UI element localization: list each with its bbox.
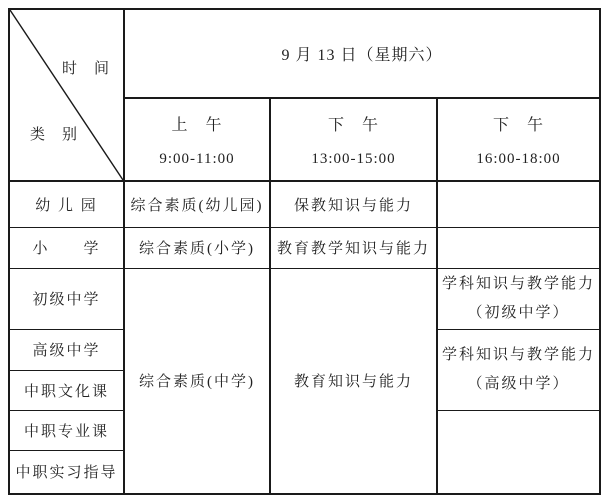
exam-schedule-table: 时 间 类 别 9 月 13 日（星期六） 上 午 9:00-11:00 下 午…	[8, 8, 601, 495]
cell-junior-late-line1: 学科知识与教学能力	[438, 270, 599, 299]
cell-senior-late: 学科知识与教学能力 （高级中学）	[437, 329, 600, 410]
row-header-senior-middle: 高级中学	[9, 329, 124, 370]
cell-primary-late-empty	[437, 227, 600, 268]
cell-kindergarten-midday: 保教知识与能力	[270, 181, 437, 227]
row-header-primary: 小 学	[9, 227, 124, 268]
session-time-label: 9:00-11:00	[159, 151, 234, 168]
session-header-afternoon-2: 下 午 16:00-18:00	[437, 98, 600, 181]
row-header-vocational-major: 中职专业课	[9, 410, 124, 450]
schedule-row-kindergarten: 幼 儿 园 综合素质(幼儿园) 保教知识与能力	[9, 181, 600, 227]
corner-time-label: 时 间	[62, 57, 110, 78]
schedule-row-primary: 小 学 综合素质(小学) 教育教学知识与能力	[9, 227, 600, 268]
row-header-junior-middle: 初级中学	[9, 268, 124, 329]
session-time-label: 16:00-18:00	[476, 151, 560, 168]
row-header-vocational-culture: 中职文化课	[9, 370, 124, 410]
cell-vocational-late-empty	[437, 410, 600, 494]
date-header: 9 月 13 日（星期六）	[124, 9, 600, 98]
row-header-vocational-internship: 中职实习指导	[9, 450, 124, 494]
session-header-morning: 上 午 9:00-11:00	[124, 98, 270, 181]
header-row-date: 时 间 类 别 9 月 13 日（星期六）	[9, 9, 600, 98]
corner-header-cell: 时 间 类 别	[9, 9, 124, 181]
cell-junior-late: 学科知识与教学能力 （初级中学）	[437, 268, 600, 329]
cell-secondary-midday: 教育知识与能力	[270, 268, 437, 494]
exam-schedule-page: 时 间 类 别 9 月 13 日（星期六） 上 午 9:00-11:00 下 午…	[0, 0, 610, 500]
cell-senior-late-line1: 学科知识与教学能力	[438, 341, 599, 370]
diagonal-line	[10, 10, 123, 180]
row-header-kindergarten: 幼 儿 园	[9, 181, 124, 227]
schedule-row-junior-middle: 初级中学 综合素质(中学) 教育知识与能力 学科知识与教学能力 （初级中学）	[9, 268, 600, 329]
session-period-label: 下 午	[493, 112, 544, 135]
cell-senior-late-line2: （高级中学）	[438, 370, 599, 399]
cell-junior-late-line2: （初级中学）	[438, 299, 599, 328]
cell-kindergarten-late-empty	[437, 181, 600, 227]
cell-secondary-morning: 综合素质(中学)	[124, 268, 270, 494]
session-time-label: 13:00-15:00	[311, 151, 395, 168]
cell-primary-morning: 综合素质(小学)	[124, 227, 270, 268]
session-period-label: 下 午	[328, 112, 379, 135]
corner-diagonal-wrap: 时 间 类 别	[10, 10, 123, 180]
session-header-afternoon-1: 下 午 13:00-15:00	[270, 98, 437, 181]
session-period-label: 上 午	[171, 112, 222, 135]
corner-category-label: 类 别	[30, 123, 78, 144]
cell-kindergarten-morning: 综合素质(幼儿园)	[124, 181, 270, 227]
cell-primary-midday: 教育教学知识与能力	[270, 227, 437, 268]
